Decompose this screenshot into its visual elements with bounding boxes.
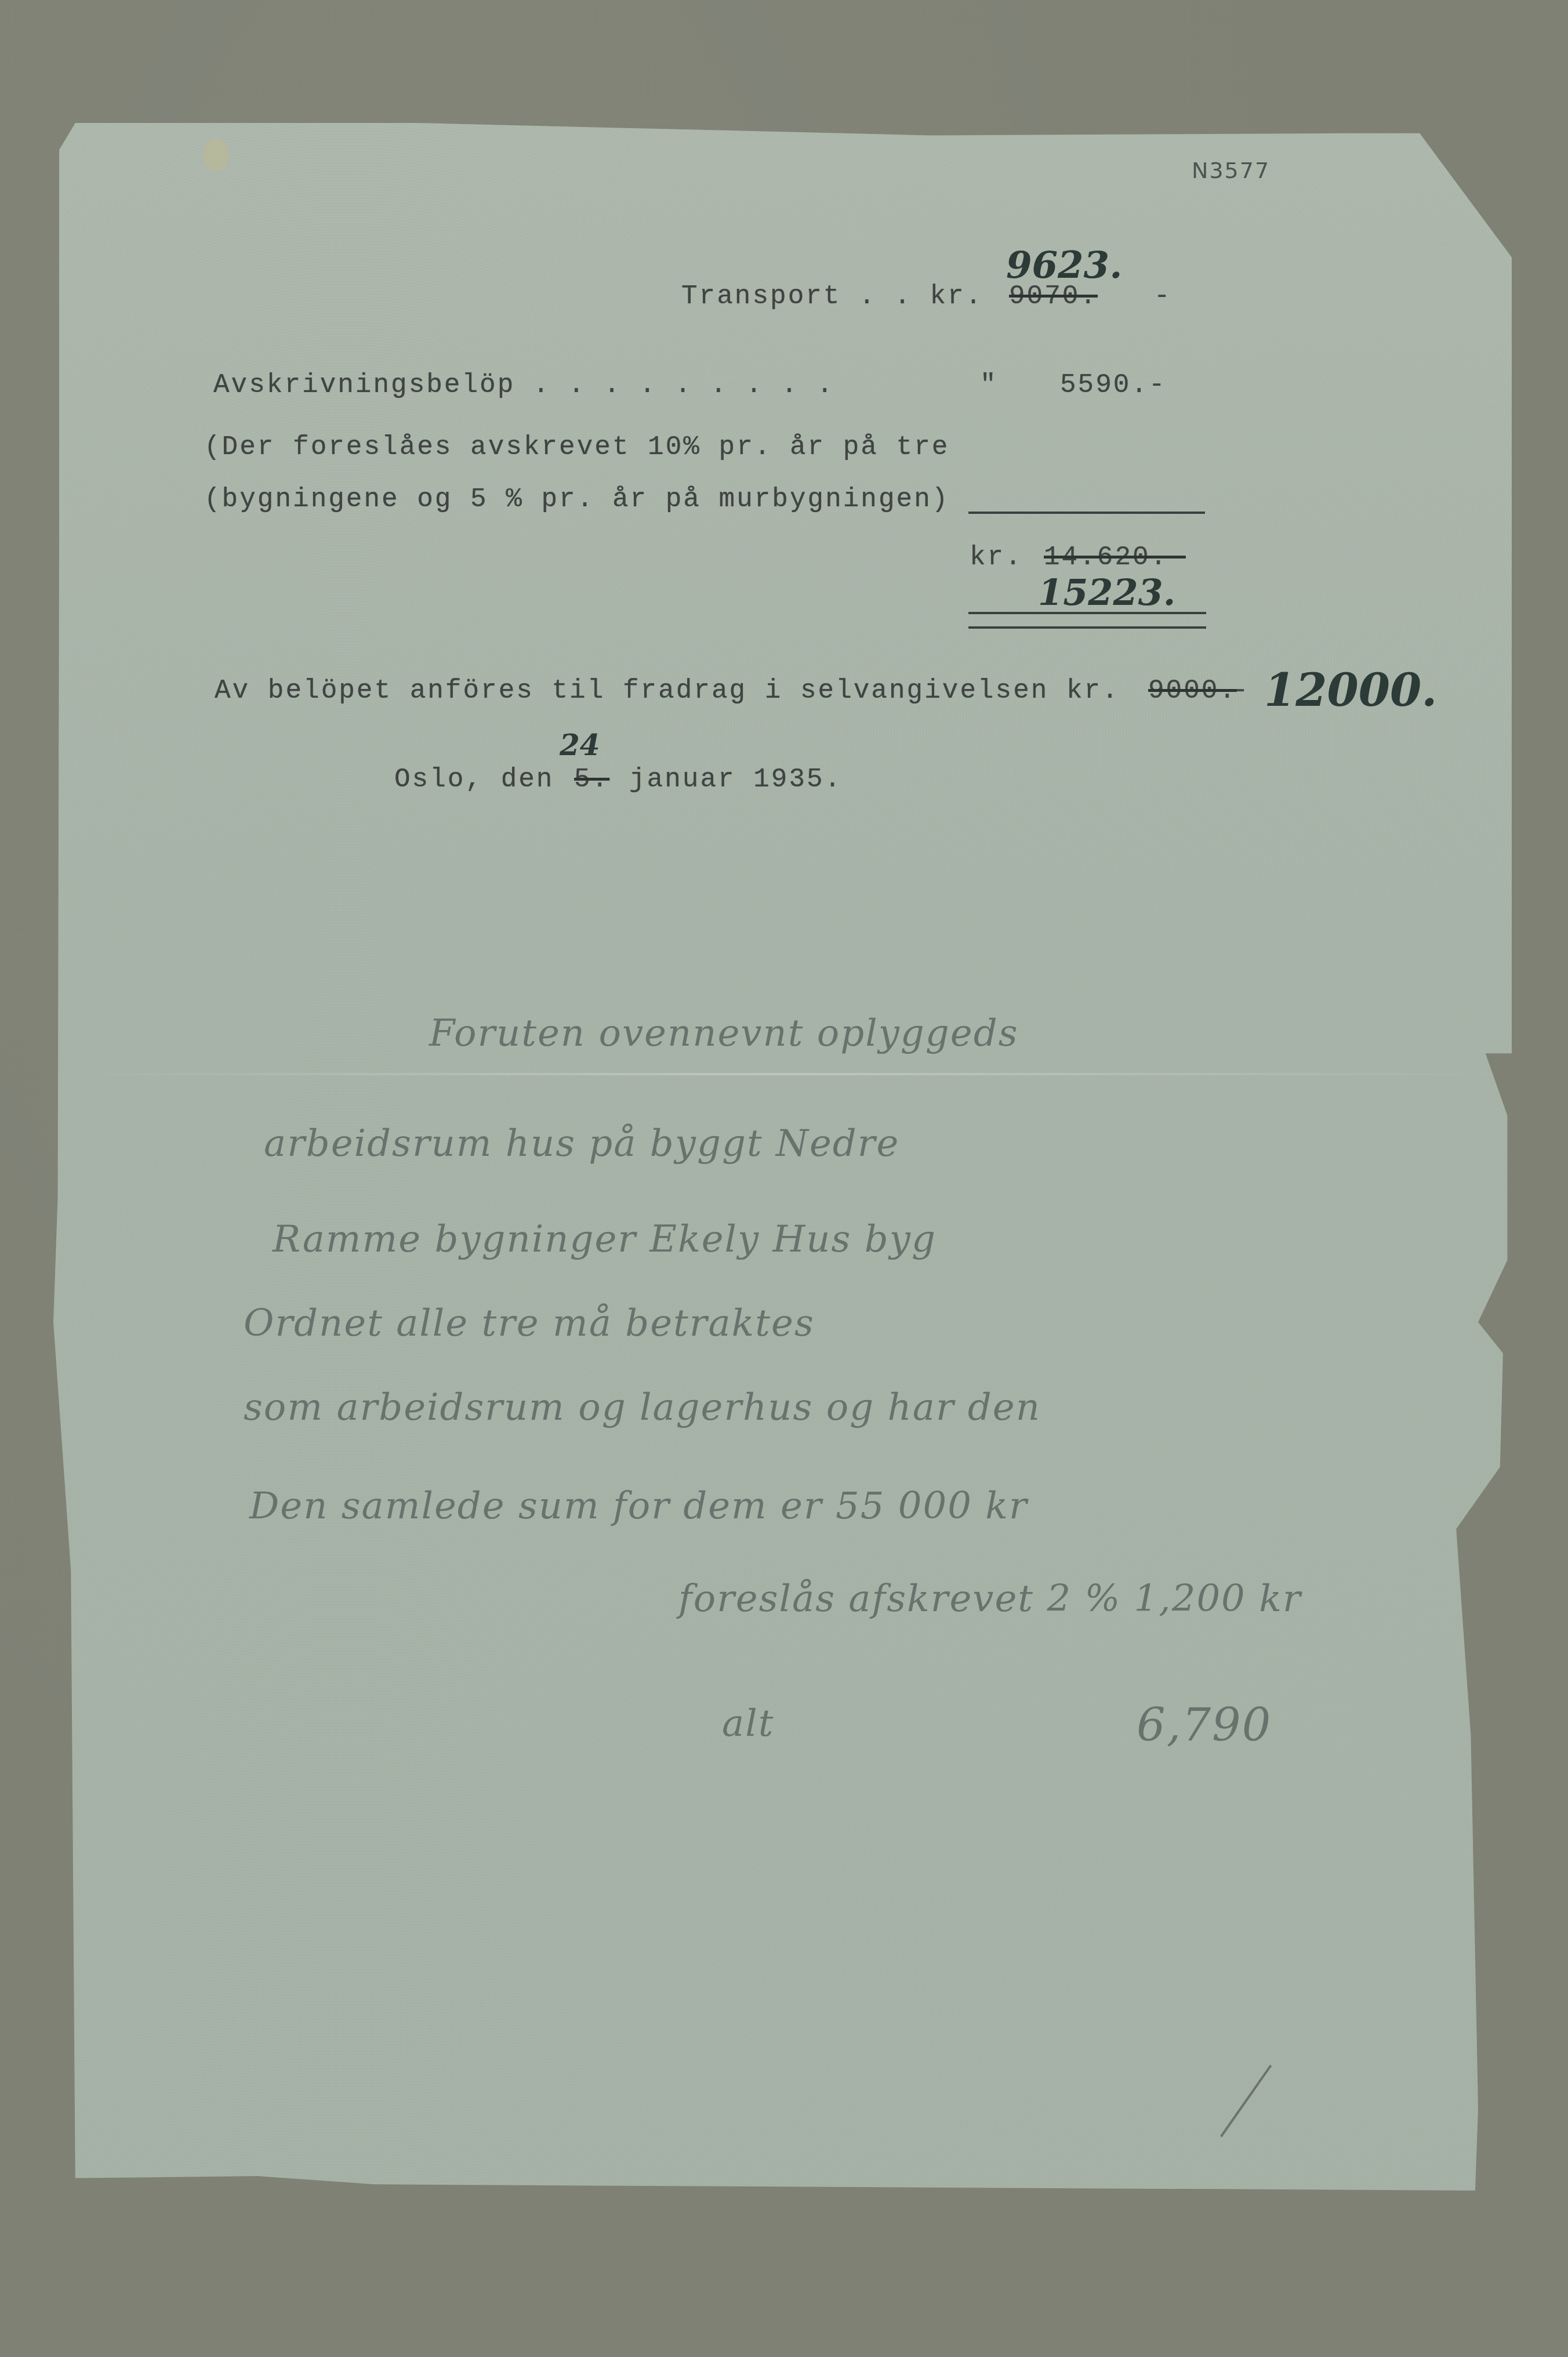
deduction-handwritten-amount: 12000. — [1264, 664, 1438, 717]
paper-fold-crease — [53, 1073, 1515, 1075]
date-handwritten-day: 24 — [560, 728, 600, 762]
depreciation-note-line-2: (bygningene og 5 % pr. år på murbygninge… — [204, 484, 949, 514]
pencil-note-line-2: arbeidsrum hus på byggt Nedre — [264, 1122, 899, 1165]
pencil-note-line-4: Ordnet alle tre må betraktes — [244, 1302, 815, 1345]
deduction-trailing-dash: - — [1232, 676, 1250, 706]
date-original-day: 5. — [574, 764, 609, 795]
total-underline-1 — [968, 612, 1206, 614]
total-underline-2 — [968, 626, 1206, 629]
pencil-note-line-1: Foruten ovennevnt oplyggeds — [429, 1012, 1018, 1055]
pencil-note-line-7: foreslås afskrevet 2 % 1,200 kr — [678, 1578, 1302, 1620]
total-handwritten-amount: 15223. — [1038, 571, 1175, 614]
transport-handwritten-amount: 9623. — [1006, 244, 1122, 287]
deduction-original-amount: 9000. — [1148, 676, 1237, 706]
pencil-total-value: 6,790 — [1137, 1699, 1272, 1752]
pencil-note-line-6: Den samlede sum for dem er 55 000 kr — [249, 1485, 1028, 1528]
depreciation-label: Avskrivningsbelöp . . . . . . . . . — [213, 370, 834, 400]
pencil-total-label: alt — [722, 1702, 774, 1745]
pencil-note-line-3: Ramme bygninger Ekely Hus byg — [273, 1218, 937, 1261]
transport-label: Transport . . kr. — [681, 281, 983, 311]
date-suffix: januar 1935. — [629, 764, 842, 795]
archive-number: N3577 — [1192, 158, 1270, 183]
sum-rule — [968, 512, 1205, 514]
transport-trailing-dash: - — [1154, 281, 1172, 311]
date-prefix: Oslo, den — [394, 764, 554, 795]
paper-stain — [203, 139, 229, 171]
pencil-note-line-5: som arbeidsrum og lagerhus og har den — [244, 1386, 1041, 1429]
deduction-label: Av belöpet anföres til fradrag i selvang… — [215, 676, 1120, 706]
total-original-amount: 14.620.- — [1044, 542, 1186, 572]
depreciation-amount: 5590.- — [1060, 370, 1167, 400]
archive-number-text: N3577 — [1192, 158, 1270, 183]
depreciation-note-line-1: (Der foreslåes avskrevet 10% pr. år på t… — [204, 432, 949, 462]
total-label: kr. — [970, 542, 1023, 572]
depreciation-ditto-mark: " — [980, 370, 998, 400]
